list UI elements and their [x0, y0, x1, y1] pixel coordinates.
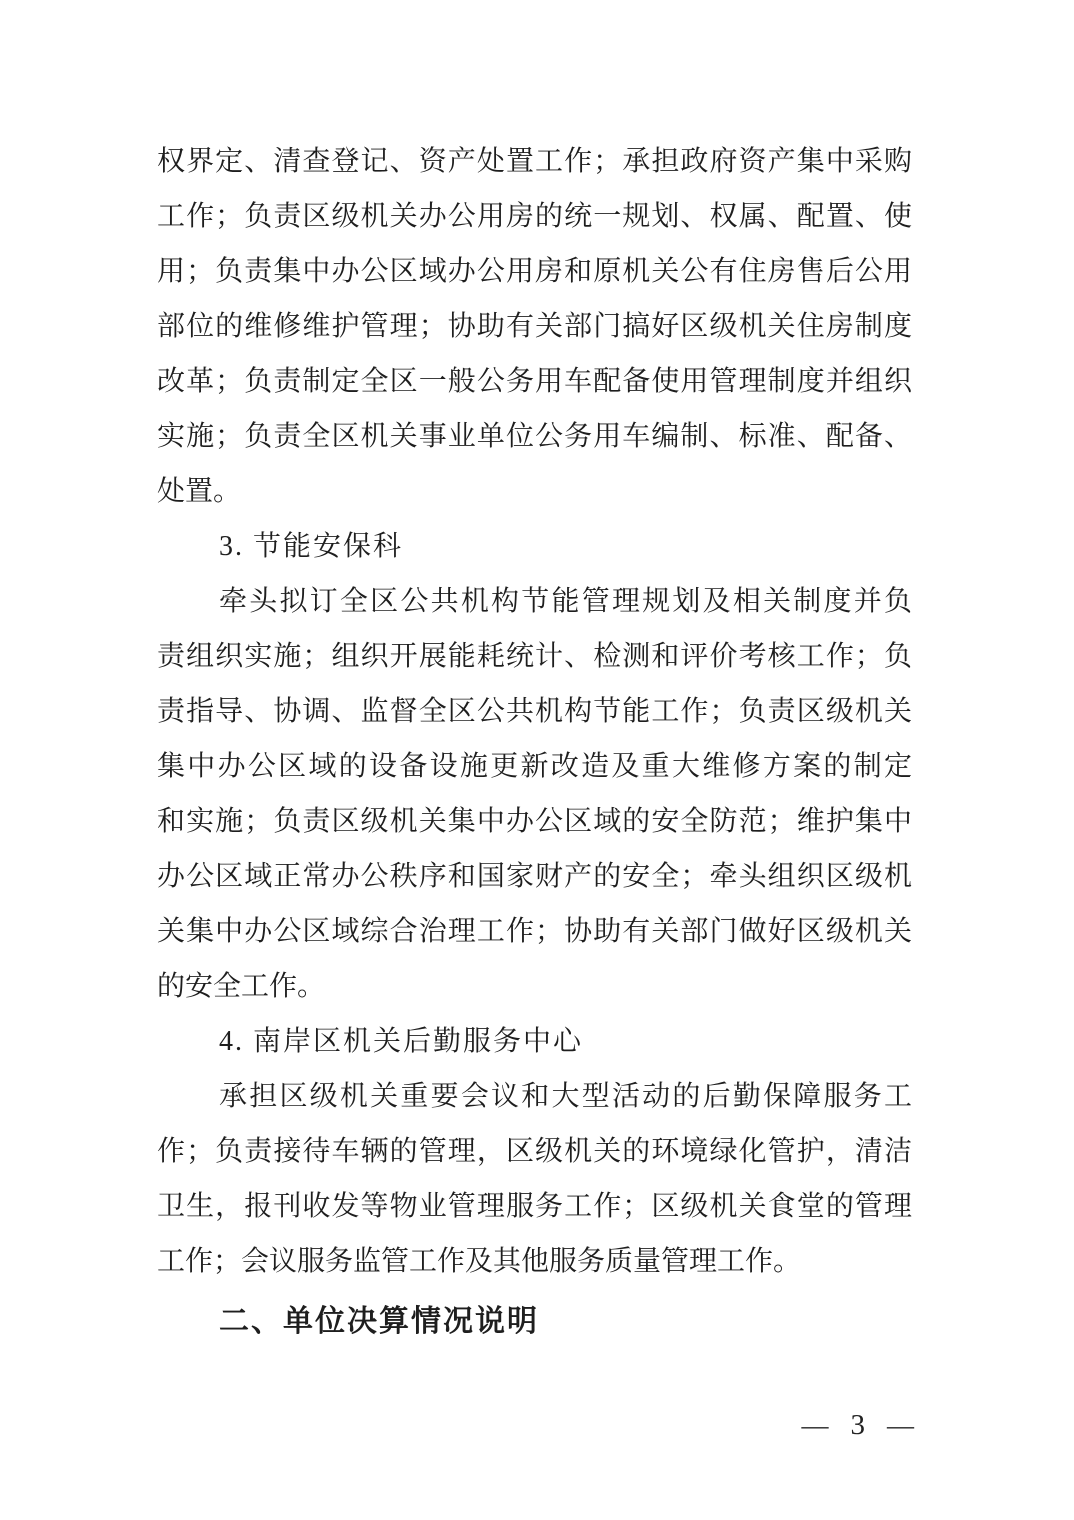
body-text-line: 牵头拟订全区公共机构节能管理规划及相关制度并负 [157, 574, 912, 629]
page-number: 3 [851, 1404, 866, 1446]
body-text-line: 实施；负责全区机关事业单位公务用车编制、标准、配备、 [157, 409, 912, 464]
body-text-line: 改革；负责制定全区一般公务用车配备使用管理制度并组织 [157, 354, 912, 409]
body-text-line: 和实施；负责区级机关集中办公区域的安全防范；维护集中 [157, 794, 912, 849]
subsection-heading-4: 4. 南岸区机关后勤服务中心 [157, 1014, 912, 1069]
body-text-line: 作；负责接待车辆的管理，区级机关的环境绿化管护，清洁 [157, 1124, 912, 1179]
body-text-line: 用；负责集中办公区域办公用房和原机关公有住房售后公用 [157, 244, 912, 299]
section-heading: 二、单位决算情况说明 [157, 1294, 912, 1350]
footer-left-dash: — [802, 1404, 829, 1446]
body-text-line: 承担区级机关重要会议和大型活动的后勤保障服务工 [157, 1069, 912, 1124]
body-text-line: 权界定、清查登记、资产处置工作；承担政府资产集中采购 [157, 134, 912, 189]
body-text-line: 办公区域正常办公秩序和国家财产的安全；牵头组织区级机 [157, 849, 912, 904]
body-text-line: 责指导、协调、监督全区公共机构节能工作；负责区级机关 [157, 684, 912, 739]
body-text-line: 部位的维修维护管理；协助有关部门搞好区级机关住房制度 [157, 299, 912, 354]
document-text-block: 权界定、清查登记、资产处置工作；承担政府资产集中采购 工作；负责区级机关办公用房… [157, 134, 912, 1350]
body-text-line: 的安全工作。 [157, 959, 912, 1014]
body-text-line: 卫生，报刊收发等物业管理服务工作；区级机关食堂的管理 [157, 1179, 912, 1234]
document-page: 权界定、清查登记、资产处置工作；承担政府资产集中采购 工作；负责区级机关办公用房… [0, 0, 1074, 1520]
body-text-line: 工作；会议服务监管工作及其他服务质量管理工作。 [157, 1234, 912, 1289]
footer-right-dash: — [887, 1404, 914, 1446]
page-footer: —3— [802, 1404, 915, 1446]
body-text-line: 集中办公区域的设备设施更新改造及重大维修方案的制定 [157, 739, 912, 794]
body-text-line: 处置。 [157, 464, 912, 519]
body-text-line: 工作；负责区级机关办公用房的统一规划、权属、配置、使 [157, 189, 912, 244]
subsection-heading-3: 3. 节能安保科 [157, 519, 912, 574]
body-text-line: 关集中办公区域综合治理工作；协助有关部门做好区级机关 [157, 904, 912, 959]
body-text-line: 责组织实施；组织开展能耗统计、检测和评价考核工作；负 [157, 629, 912, 684]
